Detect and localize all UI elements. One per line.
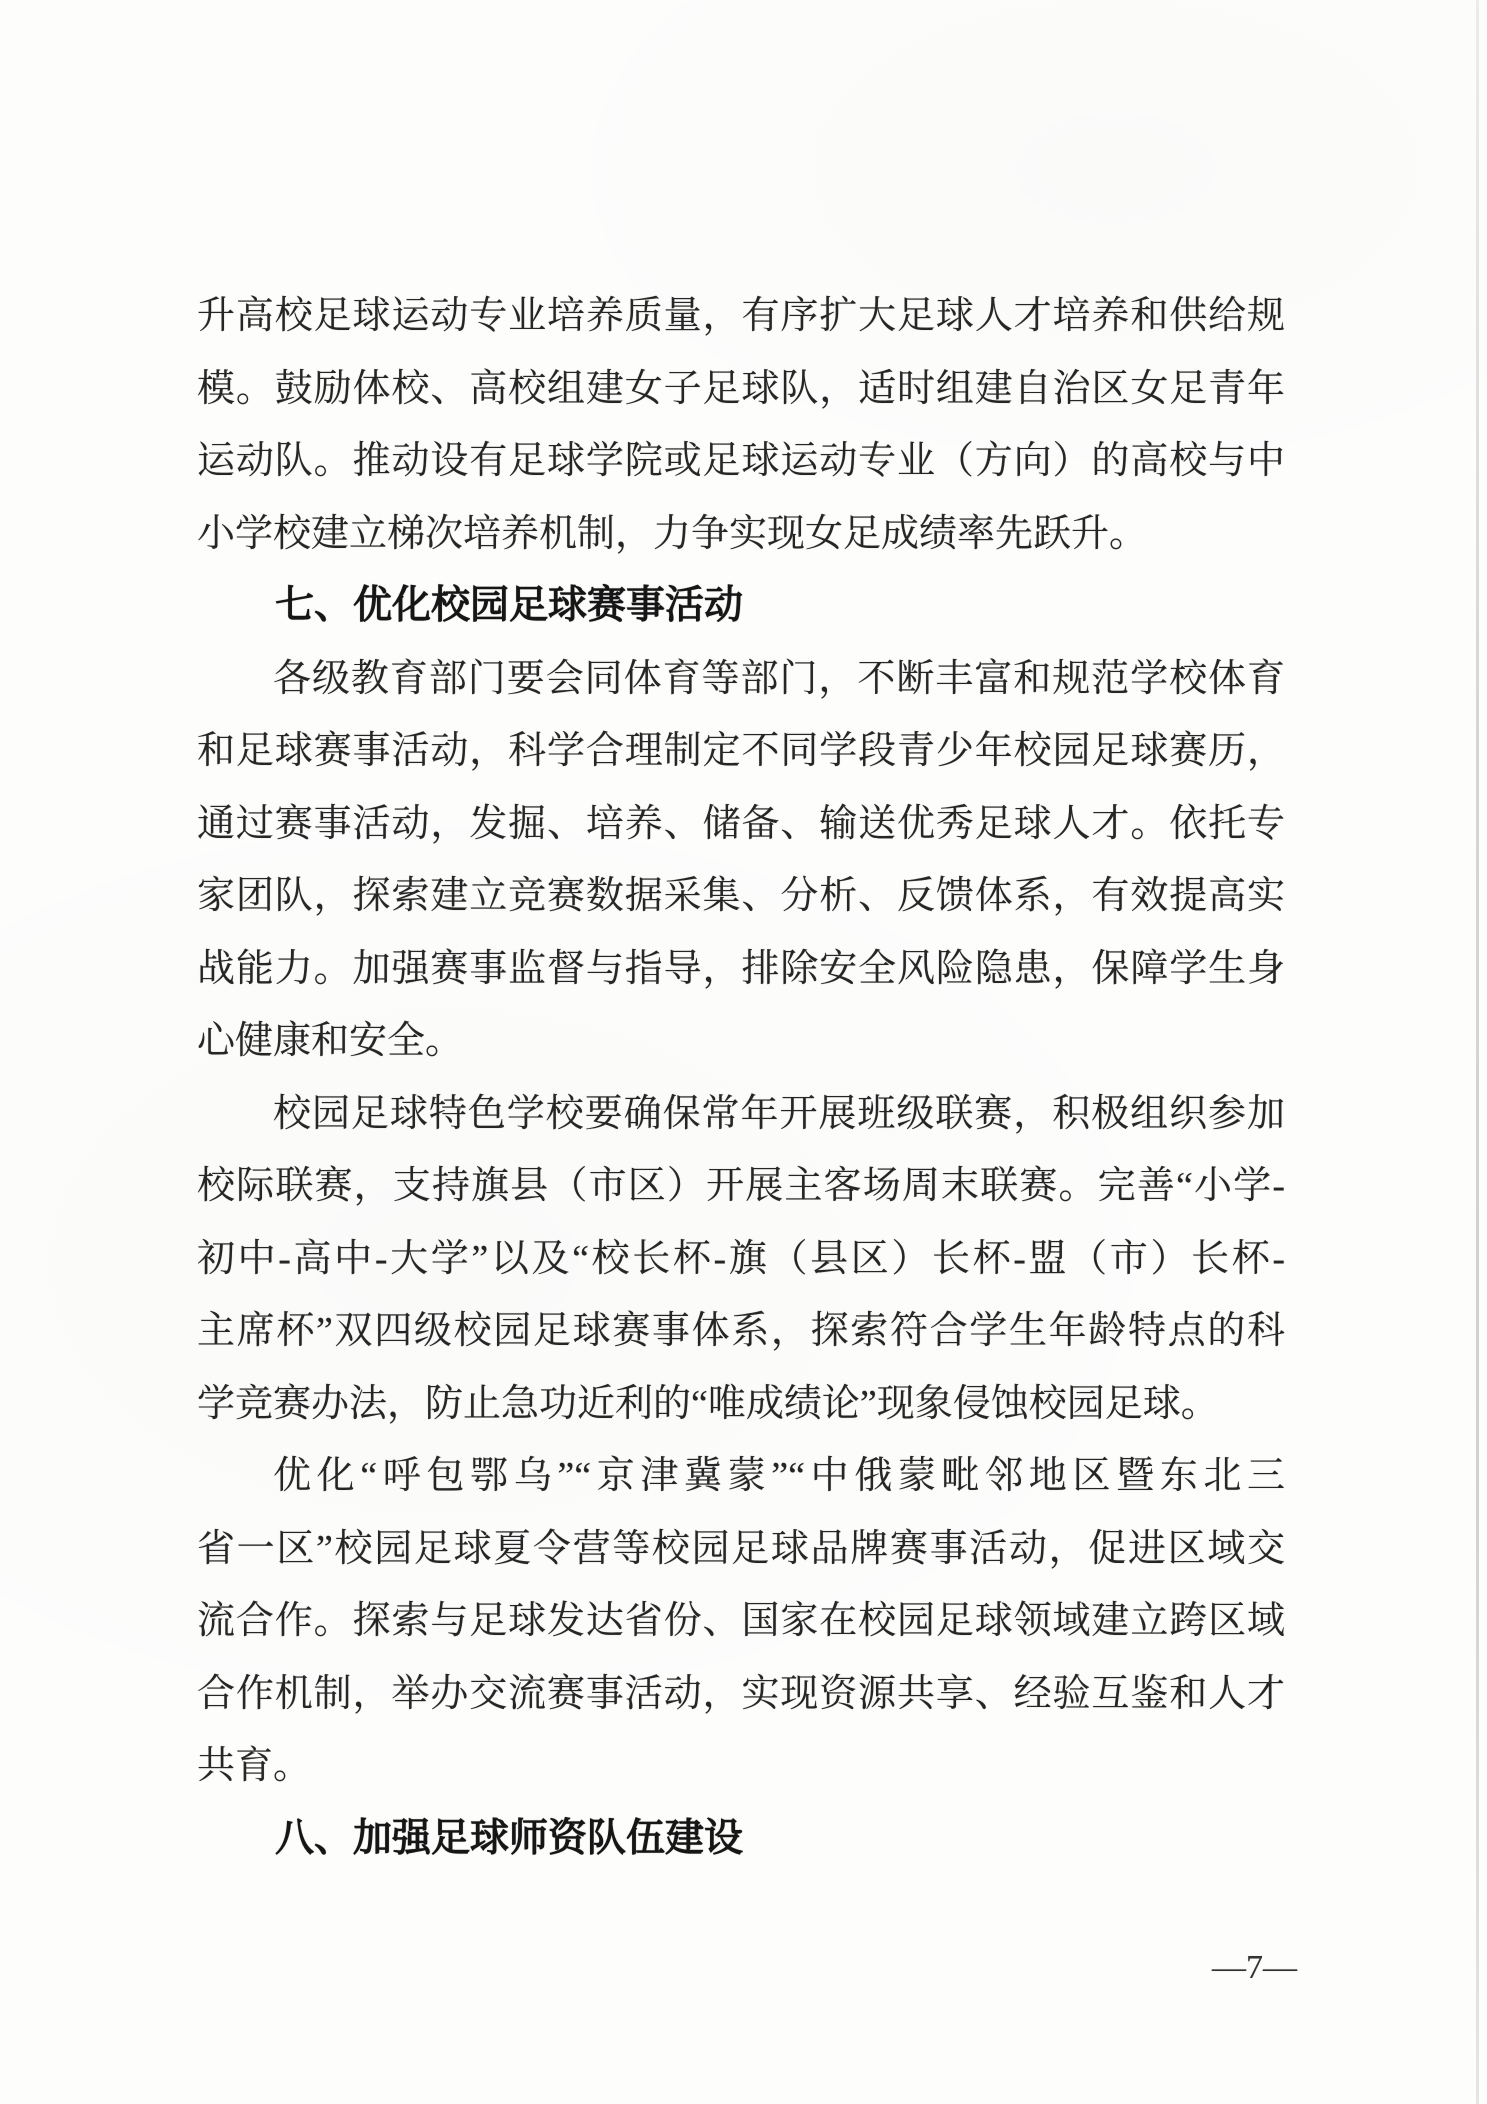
text-line: 运动队。推动设有足球学院或足球运动专业（方向）的高校与中: [197, 425, 1285, 498]
text-line: 校际联赛，支持旗县（市区）开展主客场周末联赛。完善“小学-: [197, 1150, 1285, 1223]
text-line: 心健康和安全。: [197, 1005, 1285, 1078]
document-body: 升高校足球运动专业培养质量，有序扩大足球人才培养和供给规模。鼓励体校、高校组建女…: [197, 280, 1285, 1875]
text-line: 战能力。加强赛事监督与指导，排除安全风险隐患，保障学生身: [197, 933, 1285, 1006]
text-line: 省一区”校园足球夏令营等校园足球品牌赛事活动，促进区域交: [197, 1513, 1285, 1586]
text-line: 主席杯”双四级校园足球赛事体系，探索符合学生年龄特点的科: [197, 1295, 1285, 1368]
section-heading: 七、优化校园足球赛事活动: [197, 570, 1285, 643]
text-line: 通过赛事活动，发掘、培养、储备、输送优秀足球人才。依托专: [197, 788, 1285, 861]
text-line: 初中-高中-大学”以及“校长杯-旗（县区）长杯-盟（市）长杯-: [197, 1223, 1285, 1296]
text-line: 合作机制，举办交流赛事活动，实现资源共享、经验互鉴和人才: [197, 1658, 1285, 1731]
section-heading: 八、加强足球师资队伍建设: [197, 1803, 1285, 1876]
text-line: 家团队，探索建立竞赛数据采集、分析、反馈体系，有效提高实: [197, 860, 1285, 933]
text-line: 校园足球特色学校要确保常年开展班级联赛，积极组织参加: [197, 1078, 1285, 1151]
text-line: 共育。: [197, 1730, 1285, 1803]
text-line: 和足球赛事活动，科学合理制定不同学段青少年校园足球赛历，: [197, 715, 1285, 788]
text-line: 流合作。探索与足球发达省份、国家在校园足球领域建立跨区域: [197, 1585, 1285, 1658]
text-line: 小学校建立梯次培养机制，力争实现女足成绩率先跃升。: [197, 498, 1285, 571]
text-line: 升高校足球运动专业培养质量，有序扩大足球人才培养和供给规: [197, 280, 1285, 353]
text-line: 学竞赛办法，防止急功近利的“唯成绩论”现象侵蚀校园足球。: [197, 1368, 1285, 1441]
text-line: 各级教育部门要会同体育等部门，不断丰富和规范学校体育: [197, 643, 1285, 716]
scanned-document-page: 升高校足球运动专业培养质量，有序扩大足球人才培养和供给规模。鼓励体校、高校组建女…: [0, 0, 1487, 2104]
scan-edge-artifact: [1476, 0, 1479, 2104]
text-line: 优化“呼包鄂乌”“京津冀蒙”“中俄蒙毗邻地区暨东北三: [197, 1440, 1285, 1513]
page-number: —7—: [1212, 1948, 1297, 1988]
text-line: 模。鼓励体校、高校组建女子足球队，适时组建自治区女足青年: [197, 353, 1285, 426]
